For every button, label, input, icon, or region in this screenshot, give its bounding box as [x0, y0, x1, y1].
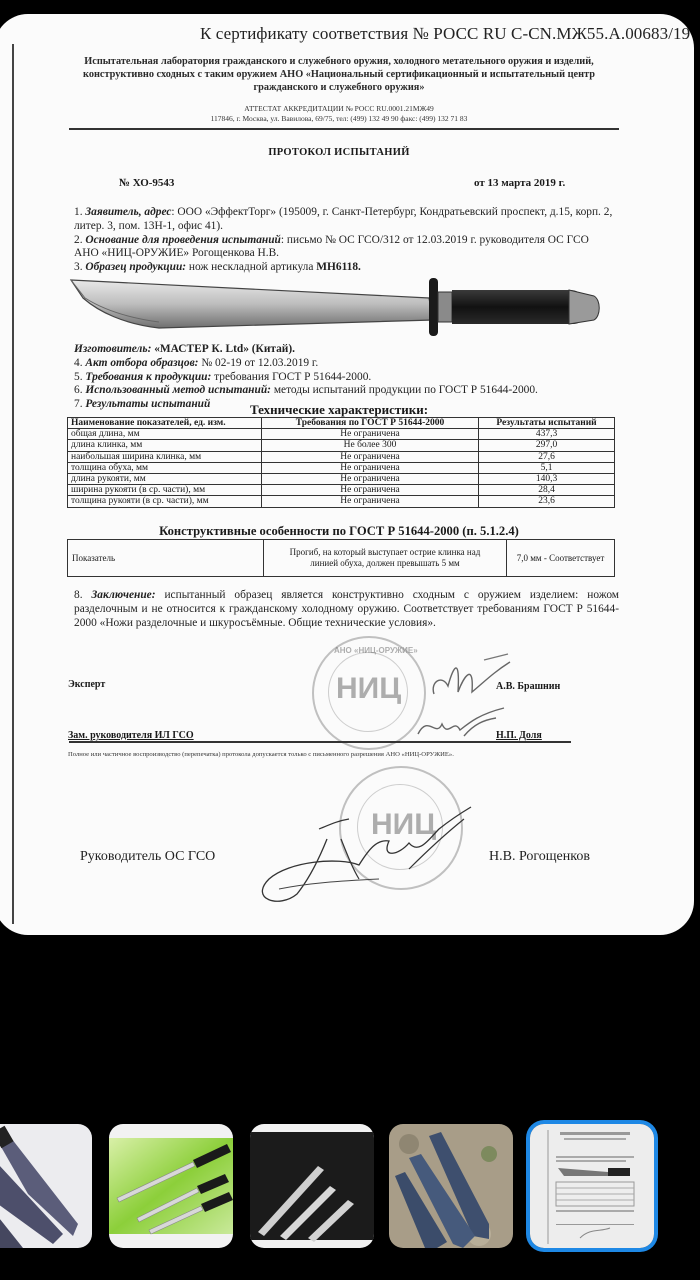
indicator-name: общая длина, мм: [68, 429, 262, 440]
indicator-name: толщина обуха, мм: [68, 462, 262, 473]
knives-photo-icon: [0, 1124, 92, 1248]
knives-photo-icon: [250, 1124, 374, 1248]
protocol-title: ПРОТОКОЛ ИСПЫТАНИЙ: [74, 147, 604, 158]
thumbnail-4[interactable]: [389, 1124, 513, 1248]
indicator-name: толщина рукояти (в ср. части), мм: [68, 496, 262, 507]
certificate-reference: К сертификату соответствия № РОСС RU C-C…: [200, 24, 690, 44]
test-result: 23,6: [479, 496, 615, 507]
thumbnail-1[interactable]: [0, 1124, 92, 1248]
item-sampling-act: 4. Акт отбора образцов: № 02-19 от 12.03…: [74, 357, 614, 371]
gost-requirement: Не ограничена: [262, 496, 479, 507]
constructive-table: Показатель Прогиб, на который выступает …: [67, 539, 615, 577]
head-signature: [249, 799, 479, 909]
accreditation-block: АТТЕСТАТ АККРЕДИТАЦИИ № РОСС RU.0001.21М…: [74, 104, 604, 124]
thumbnail-5-selected[interactable]: [530, 1124, 654, 1248]
expert-signature: [424, 652, 514, 702]
image-viewer: К сертификату соответствия № РОСС RU C-C…: [0, 0, 700, 1280]
item-sample: 3. Образец продукции: нож нескладной арт…: [74, 261, 614, 275]
document-thumbnail-icon: [530, 1124, 654, 1248]
test-result: 5,1: [479, 462, 615, 473]
accreditation-number: АТТЕСТАТ АККРЕДИТАЦИИ № РОСС RU.0001.21М…: [74, 104, 604, 114]
gost-requirement: Не ограничена: [262, 462, 479, 473]
thumbnail-strip[interactable]: [0, 1124, 700, 1248]
indicator-name: ширина рукояти (в ср. части), мм: [68, 485, 262, 496]
page-edge-line: [12, 44, 14, 924]
item-manufacturer: Изготовитель: «МАСТЕР К. Ltd» (Китай).: [74, 343, 614, 357]
indicator-name: наибольшая ширина клинка, мм: [68, 451, 262, 462]
deputy-name: Н.П. Доля: [496, 730, 542, 741]
gost-requirement: Не ограничена: [262, 451, 479, 462]
table-row: общая длина, ммНе ограничена437,3: [68, 429, 615, 440]
gost-requirement: Не ограничена: [262, 429, 479, 440]
gost-requirement: Не ограничена: [262, 473, 479, 484]
item-basis: 2. Основание для проведения испытаний: п…: [74, 234, 614, 262]
item-test-method: 6. Использованный метод испытаний: метод…: [74, 384, 614, 398]
table-row: длина рукояти, ммНе ограничена140,3: [68, 473, 615, 484]
deputy-role: Зам. руководителя ИЛ ГСО: [68, 730, 194, 741]
protocol-number: № ХО-9543: [119, 177, 174, 189]
reproduction-note: Полное или частичное воспроизводство (пе…: [68, 751, 454, 758]
test-result: 140,3: [479, 473, 615, 484]
conclusion: 8. Заключение: испытанный образец являет…: [74, 589, 619, 630]
stamp-seal: НИЦ АНО «НИЦ-ОРУЖИЕ»: [312, 636, 426, 750]
knives-photo-icon: [109, 1124, 233, 1248]
head-role: Руководитель ОС ГСО: [80, 849, 215, 865]
protocol-date: от 13 марта 2019 г.: [474, 177, 565, 189]
head-name: Н.В. Рогощенков: [489, 849, 590, 865]
test-result: 27,6: [479, 451, 615, 462]
indicator-name: длина рукояти, мм: [68, 473, 262, 484]
header-divider: [69, 128, 619, 130]
knife-photo: [49, 276, 619, 338]
test-result: 437,3: [479, 429, 615, 440]
gost-requirement: Не более 300: [262, 440, 479, 451]
item-requirements: 5. Требования к продукции: требования ГО…: [74, 371, 614, 385]
document-image[interactable]: К сертификату соответствия № РОСС RU C-C…: [0, 14, 694, 935]
lab-address: 117846, г. Москва, ул. Вавилова, 69/75, …: [74, 114, 604, 124]
gost-requirement: Не ограничена: [262, 485, 479, 496]
protocol-items-1-3: 1. Заявитель, адрес: ООО «ЭффектТорг» (1…: [74, 206, 614, 275]
table-row: толщина рукояти (в ср. части), ммНе огра…: [68, 496, 615, 507]
table-row: длина клинка, ммНе более 300297,0: [68, 440, 615, 451]
spec-table-header: Наименование показателей, ед. изм. Требо…: [68, 418, 615, 429]
laboratory-name: Испытательная лаборатория гражданского и…: [74, 55, 604, 94]
knives-photo-icon: [389, 1124, 513, 1248]
table-row: ширина рукояти (в ср. части), ммНе огран…: [68, 485, 615, 496]
expert-name: А.В. Брашнин: [496, 681, 560, 692]
table-row: Показатель Прогиб, на который выступает …: [68, 540, 615, 577]
indicator-name: длина клинка, мм: [68, 440, 262, 451]
test-result: 297,0: [479, 440, 615, 451]
spec-table: Наименование показателей, ед. изм. Требо…: [67, 417, 615, 508]
item-applicant: 1. Заявитель, адрес: ООО «ЭффектТорг» (1…: [74, 206, 614, 234]
spec-table-title: Технические характеристики:: [74, 402, 604, 418]
table-row: толщина обуха, ммНе ограничена5,1: [68, 462, 615, 473]
expert-role: Эксперт: [68, 679, 105, 690]
constructive-title: Конструктивные особенности по ГОСТ Р 516…: [74, 524, 604, 539]
test-result: 28,4: [479, 485, 615, 496]
signature-line: [69, 741, 571, 743]
table-row: наибольшая ширина клинка, ммНе ограничен…: [68, 451, 615, 462]
thumbnail-3[interactable]: [250, 1124, 374, 1248]
thumbnail-2[interactable]: [109, 1124, 233, 1248]
